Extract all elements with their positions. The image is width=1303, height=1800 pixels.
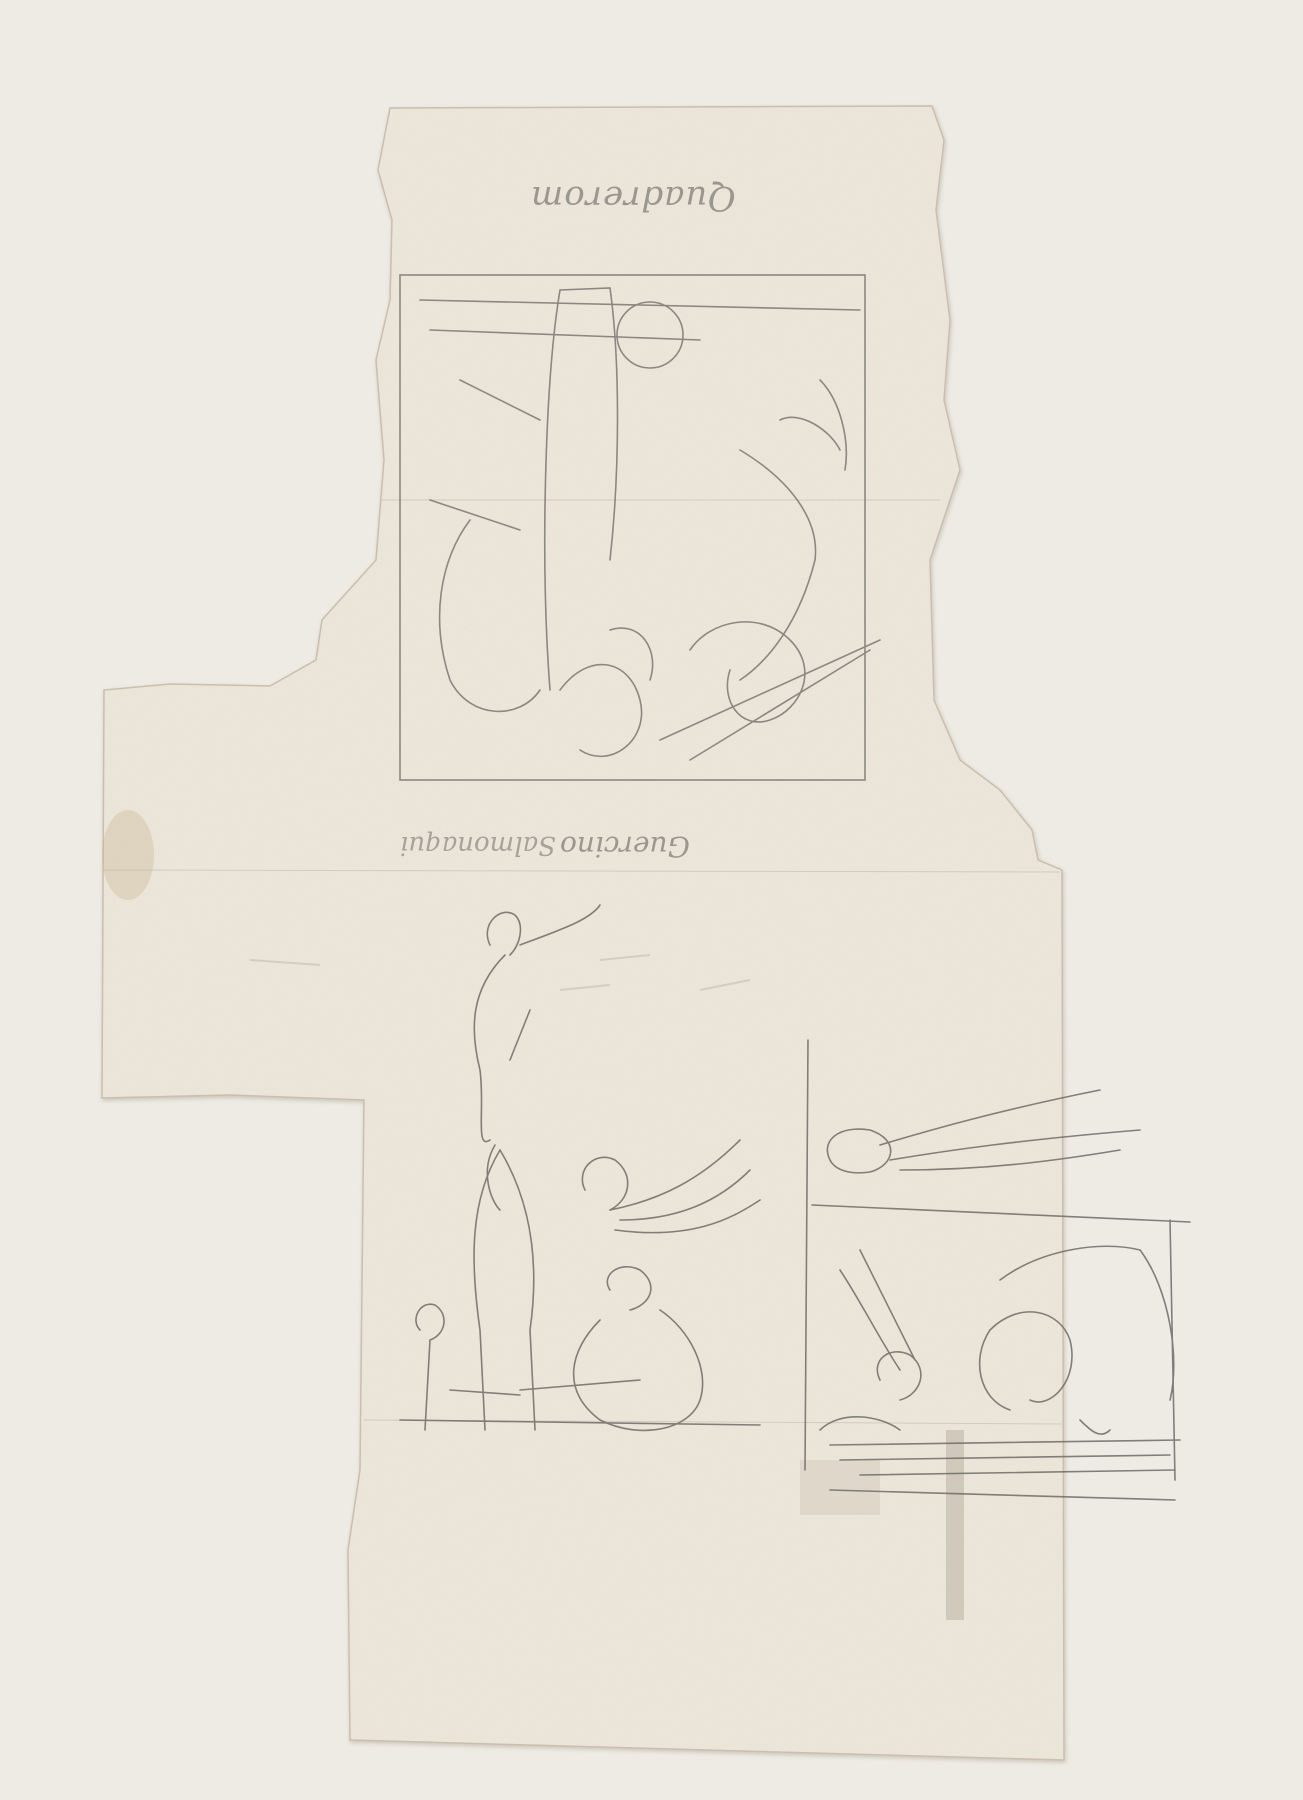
artwork-photo: Quadrerom Guercino Salmonaqui [0,0,1303,1800]
inscription-top: Quadrerom [530,178,736,218]
inscription-guercino: Guercino [560,830,690,863]
sketch-paper [0,0,1303,1800]
inscription-secondary: Salmonaqui [400,830,556,860]
